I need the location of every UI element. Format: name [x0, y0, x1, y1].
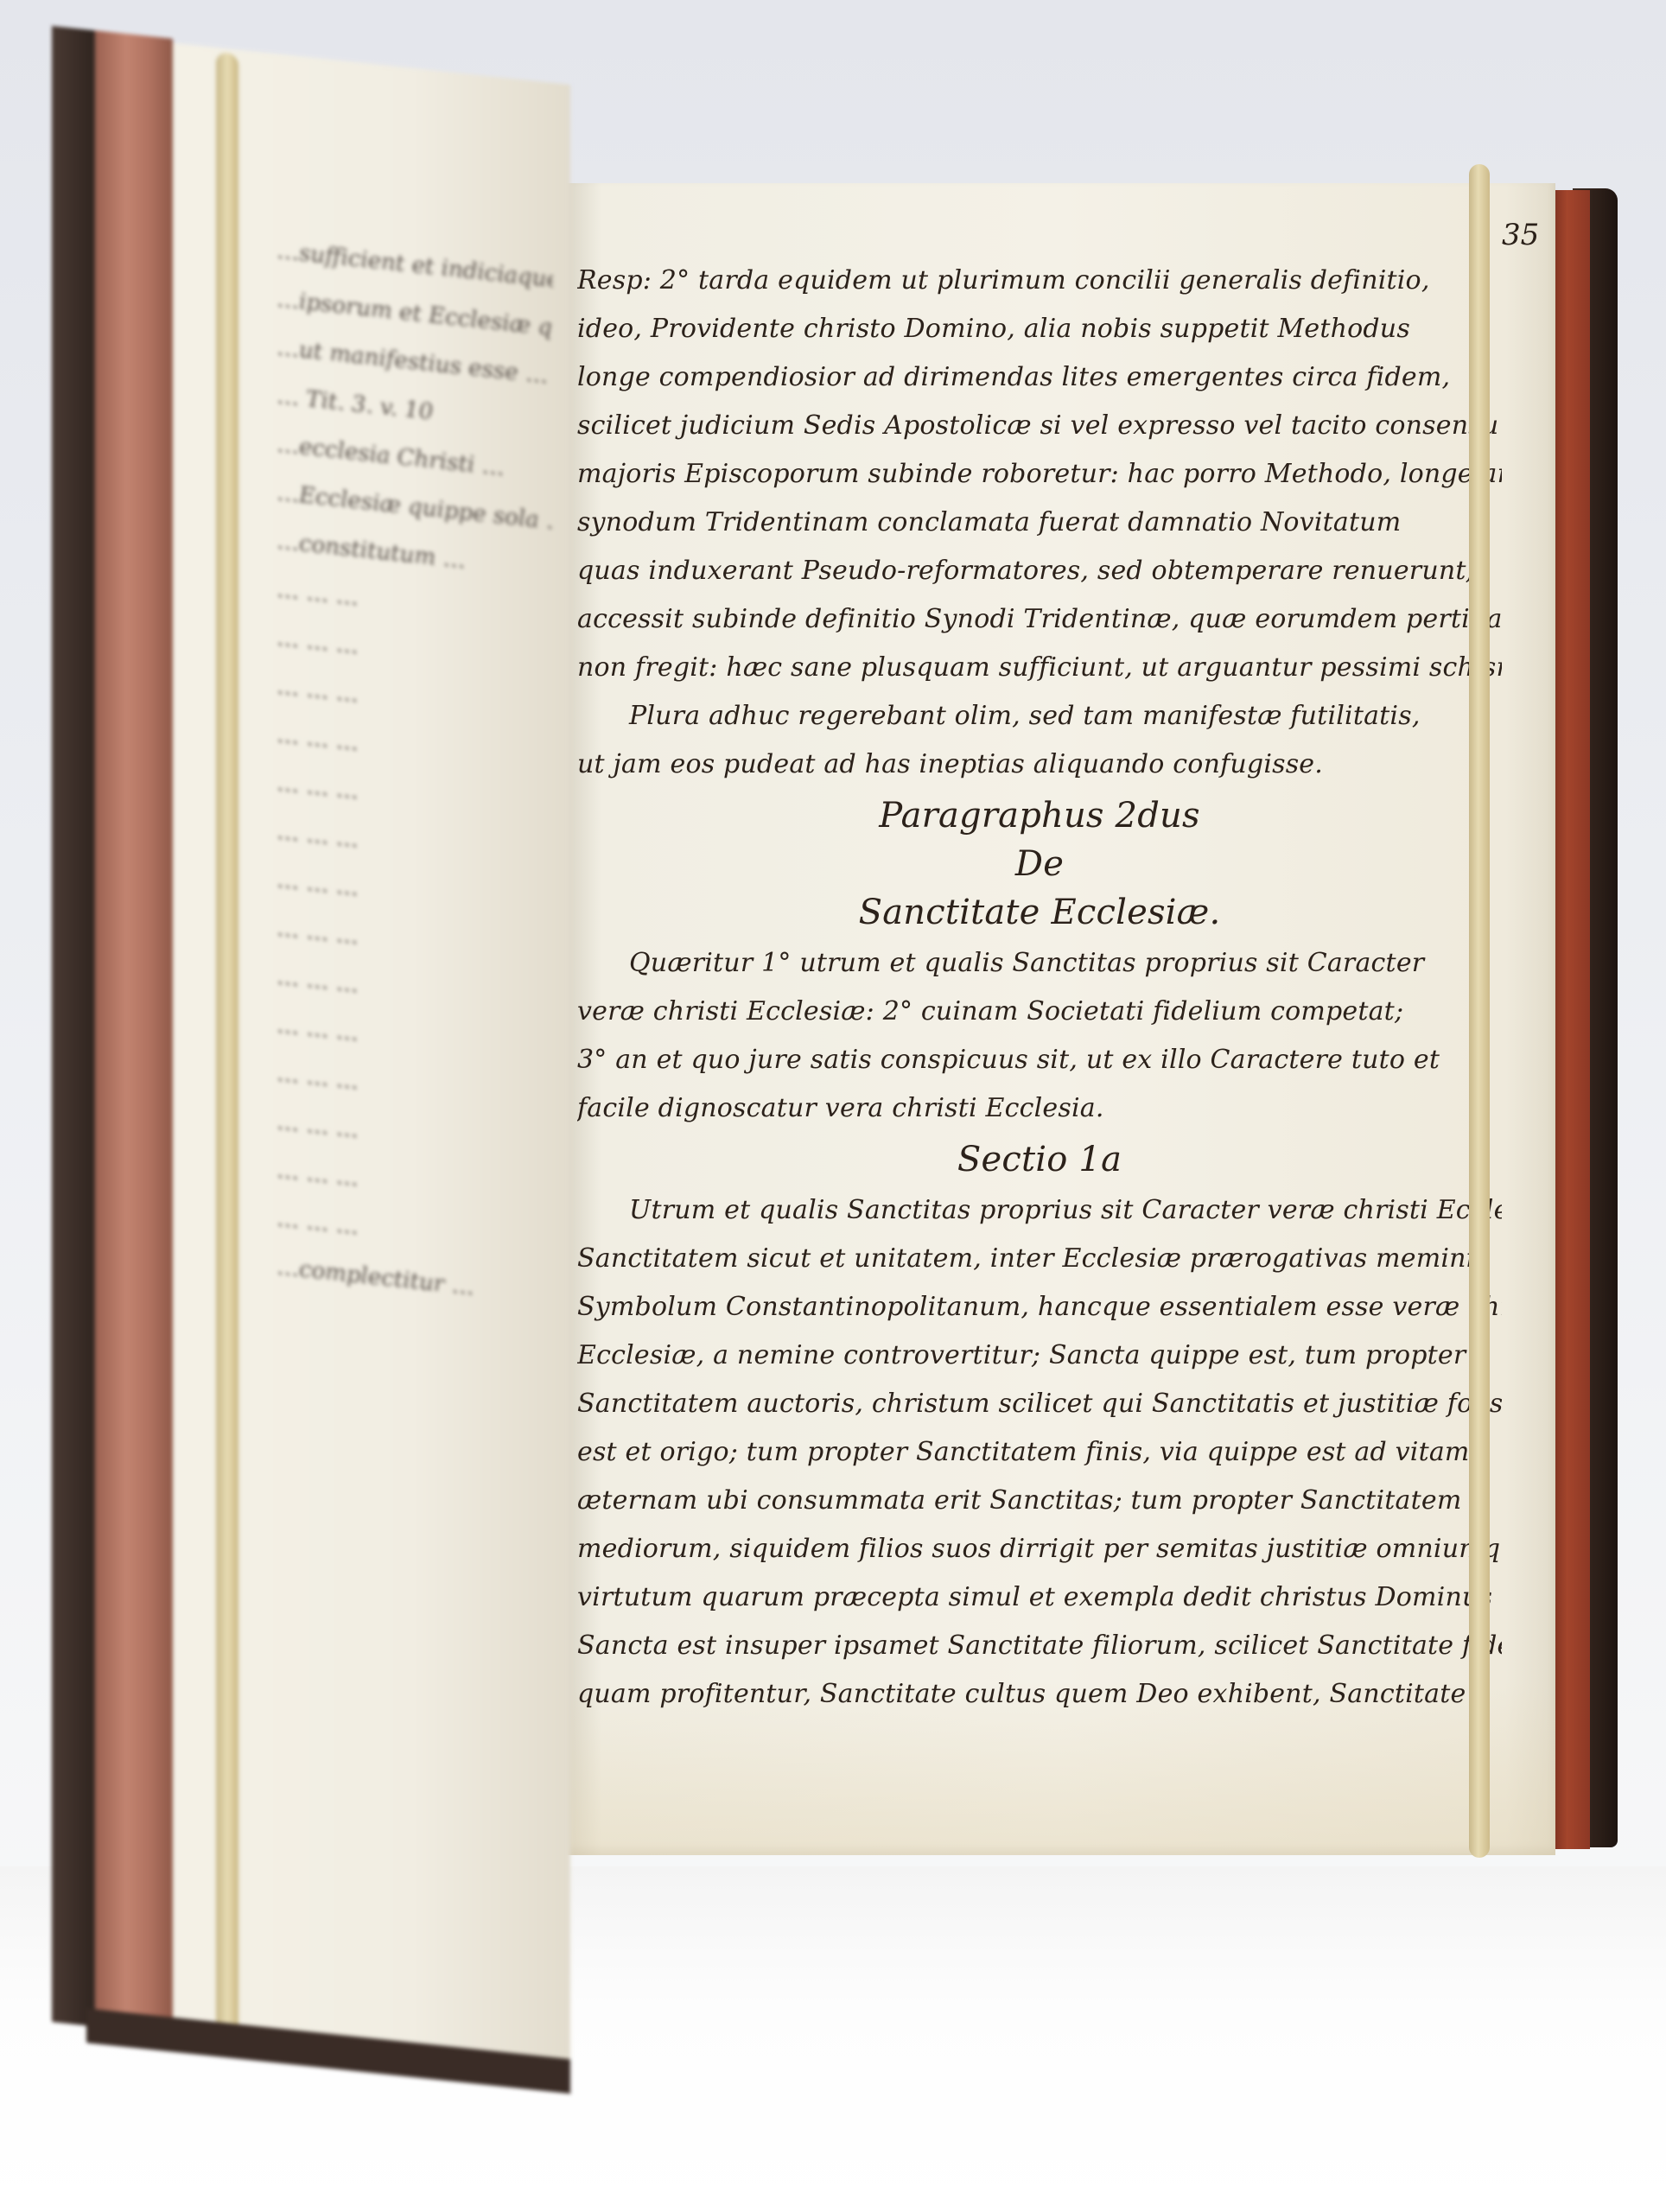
heading-de: De: [577, 842, 1502, 886]
text-line: quam profitentur, Sanctitate cultus quem…: [577, 1670, 1502, 1719]
red-page-edge-left: [95, 30, 173, 2034]
section-heading: Sectio 1a: [577, 1133, 1502, 1186]
text-line: majoris Episcoporum subinde roboretur: h…: [577, 450, 1502, 499]
text-line: Ecclesiæ, a nemine controvertitur; Sanct…: [577, 1332, 1502, 1380]
manuscript-page-right: 35 Resp: 2° tarda equidem ut plurimum co…: [562, 183, 1555, 1855]
heading-paragraph: Paragraphus 2dus: [577, 789, 1502, 842]
page-text: Resp: 2° tarda equidem ut plurimum conci…: [577, 257, 1502, 1719]
page-number: 35: [1502, 218, 1539, 252]
rubber-band-right: [1469, 164, 1490, 1858]
text-line: veræ christi Ecclesiæ: 2° cuinam Societa…: [577, 988, 1502, 1036]
text-line: quas induxerant Pseudo-reformatores, sed…: [577, 547, 1502, 595]
text-line: Utrum et qualis Sanctitas proprius sit C…: [577, 1186, 1502, 1235]
text-line: synodum Tridentinam conclamata fuerat da…: [577, 499, 1502, 547]
text-line: æternam ubi consummata erit Sanctitas; t…: [577, 1477, 1502, 1525]
text-line: Sanctitatem auctoris, christum scilicet …: [577, 1380, 1502, 1428]
rubber-band-left: [216, 52, 238, 2050]
left-page-block: …sufficient et indiciaque … …ipsorum et …: [52, 26, 570, 2076]
text-line: Plura adhuc regerebant olim, sed tam man…: [577, 692, 1502, 741]
text-line: Quæritur 1° utrum et qualis Sanctitas pr…: [577, 939, 1502, 988]
text-line: scilicet judicium Sedis Apostolicæ si ve…: [577, 402, 1502, 450]
text-line: mediorum, siquidem filios suos dirrigit …: [577, 1525, 1502, 1573]
text-line: virtutum quarum præcepta simul et exempl…: [577, 1573, 1502, 1622]
text-line: Symbolum Constantinopolitanum, hancque e…: [577, 1283, 1502, 1332]
text-line: facile dignoscatur vera christi Ecclesia…: [577, 1084, 1502, 1133]
text-line: ut jam eos pudeat ad has ineptias aliqua…: [577, 741, 1502, 789]
front-cover: [52, 26, 95, 2026]
heading-title: Sanctitate Ecclesiæ.: [577, 886, 1502, 939]
text-line: 3° an et quo jure satis conspicuus sit, …: [577, 1036, 1502, 1084]
text-line: est et origo; tum propter Sanctitatem fi…: [577, 1428, 1502, 1477]
left-page-text: …sufficient et indiciaque … …ipsorum et …: [277, 226, 553, 1320]
text-line: accessit subinde definitio Synodi Triden…: [577, 595, 1502, 644]
red-page-edge-right: [1552, 190, 1590, 1849]
text-line: longe compendiosior ad dirimendas lites …: [577, 353, 1502, 402]
text-line: Sancta est insuper ipsamet Sanctitate fi…: [577, 1622, 1502, 1670]
text-line: Resp: 2° tarda equidem ut plurimum conci…: [577, 257, 1502, 305]
text-line: Sanctitatem sicut et unitatem, inter Ecc…: [577, 1235, 1502, 1283]
text-line: ideo, Providente christo Domino, alia no…: [577, 305, 1502, 353]
text-line: non fregit: hæc sane plusquam sufficiunt…: [577, 644, 1502, 692]
